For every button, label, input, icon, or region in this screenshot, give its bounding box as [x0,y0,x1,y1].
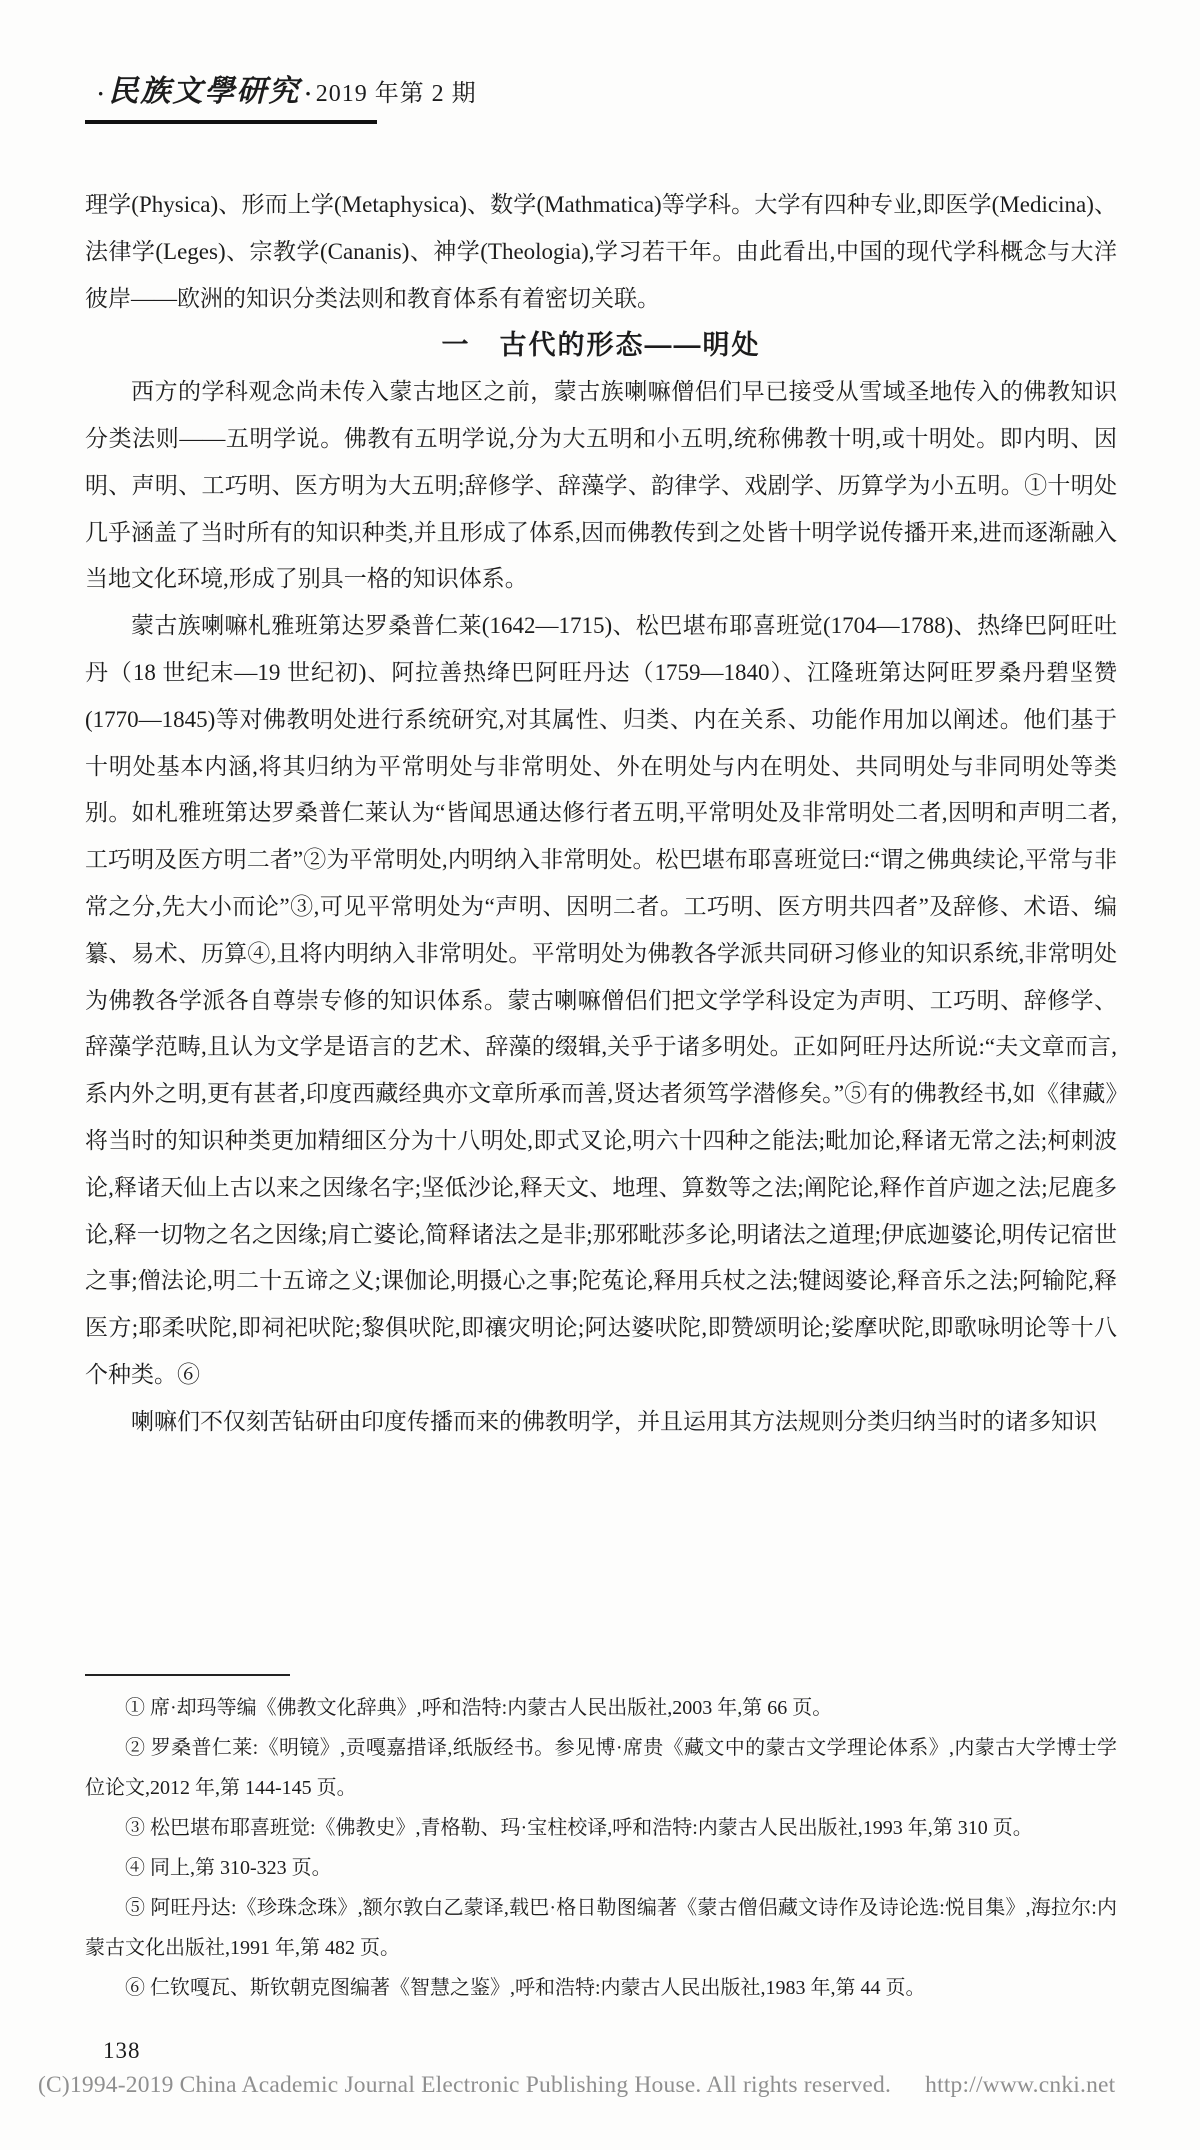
copyright-line: (C)1994-2019 China Academic Journal Elec… [38,2072,1168,2099]
footnotes-block: ① 席·却玛等编《佛教文化辞典》,呼和浩特:内蒙古人民出版社,2003 年,第 … [85,1688,1117,2008]
body-paragraph-1: 西方的学科观念尚未传入蒙古地区之前，蒙古族喇嘛僧侣们早已接受从雪域圣地传入的佛教… [85,369,1117,603]
header-dot-right: · [300,81,315,107]
journal-page: · 民族文學研究 · 2019 年第 2 期 理学(Physica)、形而上学(… [0,0,1200,2150]
section-heading: 一 古代的形态——明处 [85,322,1117,369]
copyright-text: (C)1994-2019 China Academic Journal Elec… [38,2072,891,2098]
article-body: 理学(Physica)、形而上学(Metaphysica)、数学(Mathmat… [85,182,1117,1446]
journal-header-line: · 民族文學研究 · 2019 年第 2 期 [85,60,380,120]
footnote-1: ① 席·却玛等编《佛教文化辞典》,呼和浩特:内蒙古人民出版社,2003 年,第 … [85,1688,1117,1728]
page-header: · 民族文學研究 · 2019 年第 2 期 [85,60,380,124]
footnote-3: ③ 松巴堪布耶喜班觉:《佛教史》,青格勒、玛·宝柱校译,呼和浩特:内蒙古人民出版… [85,1808,1117,1848]
intro-paragraph: 理学(Physica)、形而上学(Metaphysica)、数学(Mathmat… [85,182,1117,322]
journal-title: 民族文學研究 [108,66,300,110]
footnote-2: ② 罗桑普仁莱:《明镜》,贡嘎嘉措译,纸版经书。参见博·席贵《藏文中的蒙古文学理… [85,1728,1117,1808]
footnote-5: ⑤ 阿旺丹达:《珍珠念珠》,额尔敦白乙蒙译,载巴·格日勒图编著《蒙古僧侣藏文诗作… [85,1888,1117,1968]
journal-issue: 2019 年第 2 期 [316,73,477,108]
cnki-url: http://www.cnki.net [925,2072,1115,2098]
page-number: 138 [103,2038,141,2064]
footnote-4: ④ 同上,第 310-323 页。 [85,1848,1117,1888]
footnote-separator-rule [85,1674,290,1676]
header-rule [85,120,377,124]
header-dot-left: · [93,81,108,107]
footnote-6: ⑥ 仁钦嘎瓦、斯钦朝克图编著《智慧之鉴》,呼和浩特:内蒙古人民出版社,1983 … [85,1968,1117,2008]
body-paragraph-3: 喇嘛们不仅刻苦钻研由印度传播而来的佛教明学，并且运用其方法规则分类归纳当时的诸多… [85,1399,1117,1446]
body-paragraph-2: 蒙古族喇嘛札雅班第达罗桑普仁莱(1642—1715)、松巴堪布耶喜班觉(1704… [85,603,1117,1399]
